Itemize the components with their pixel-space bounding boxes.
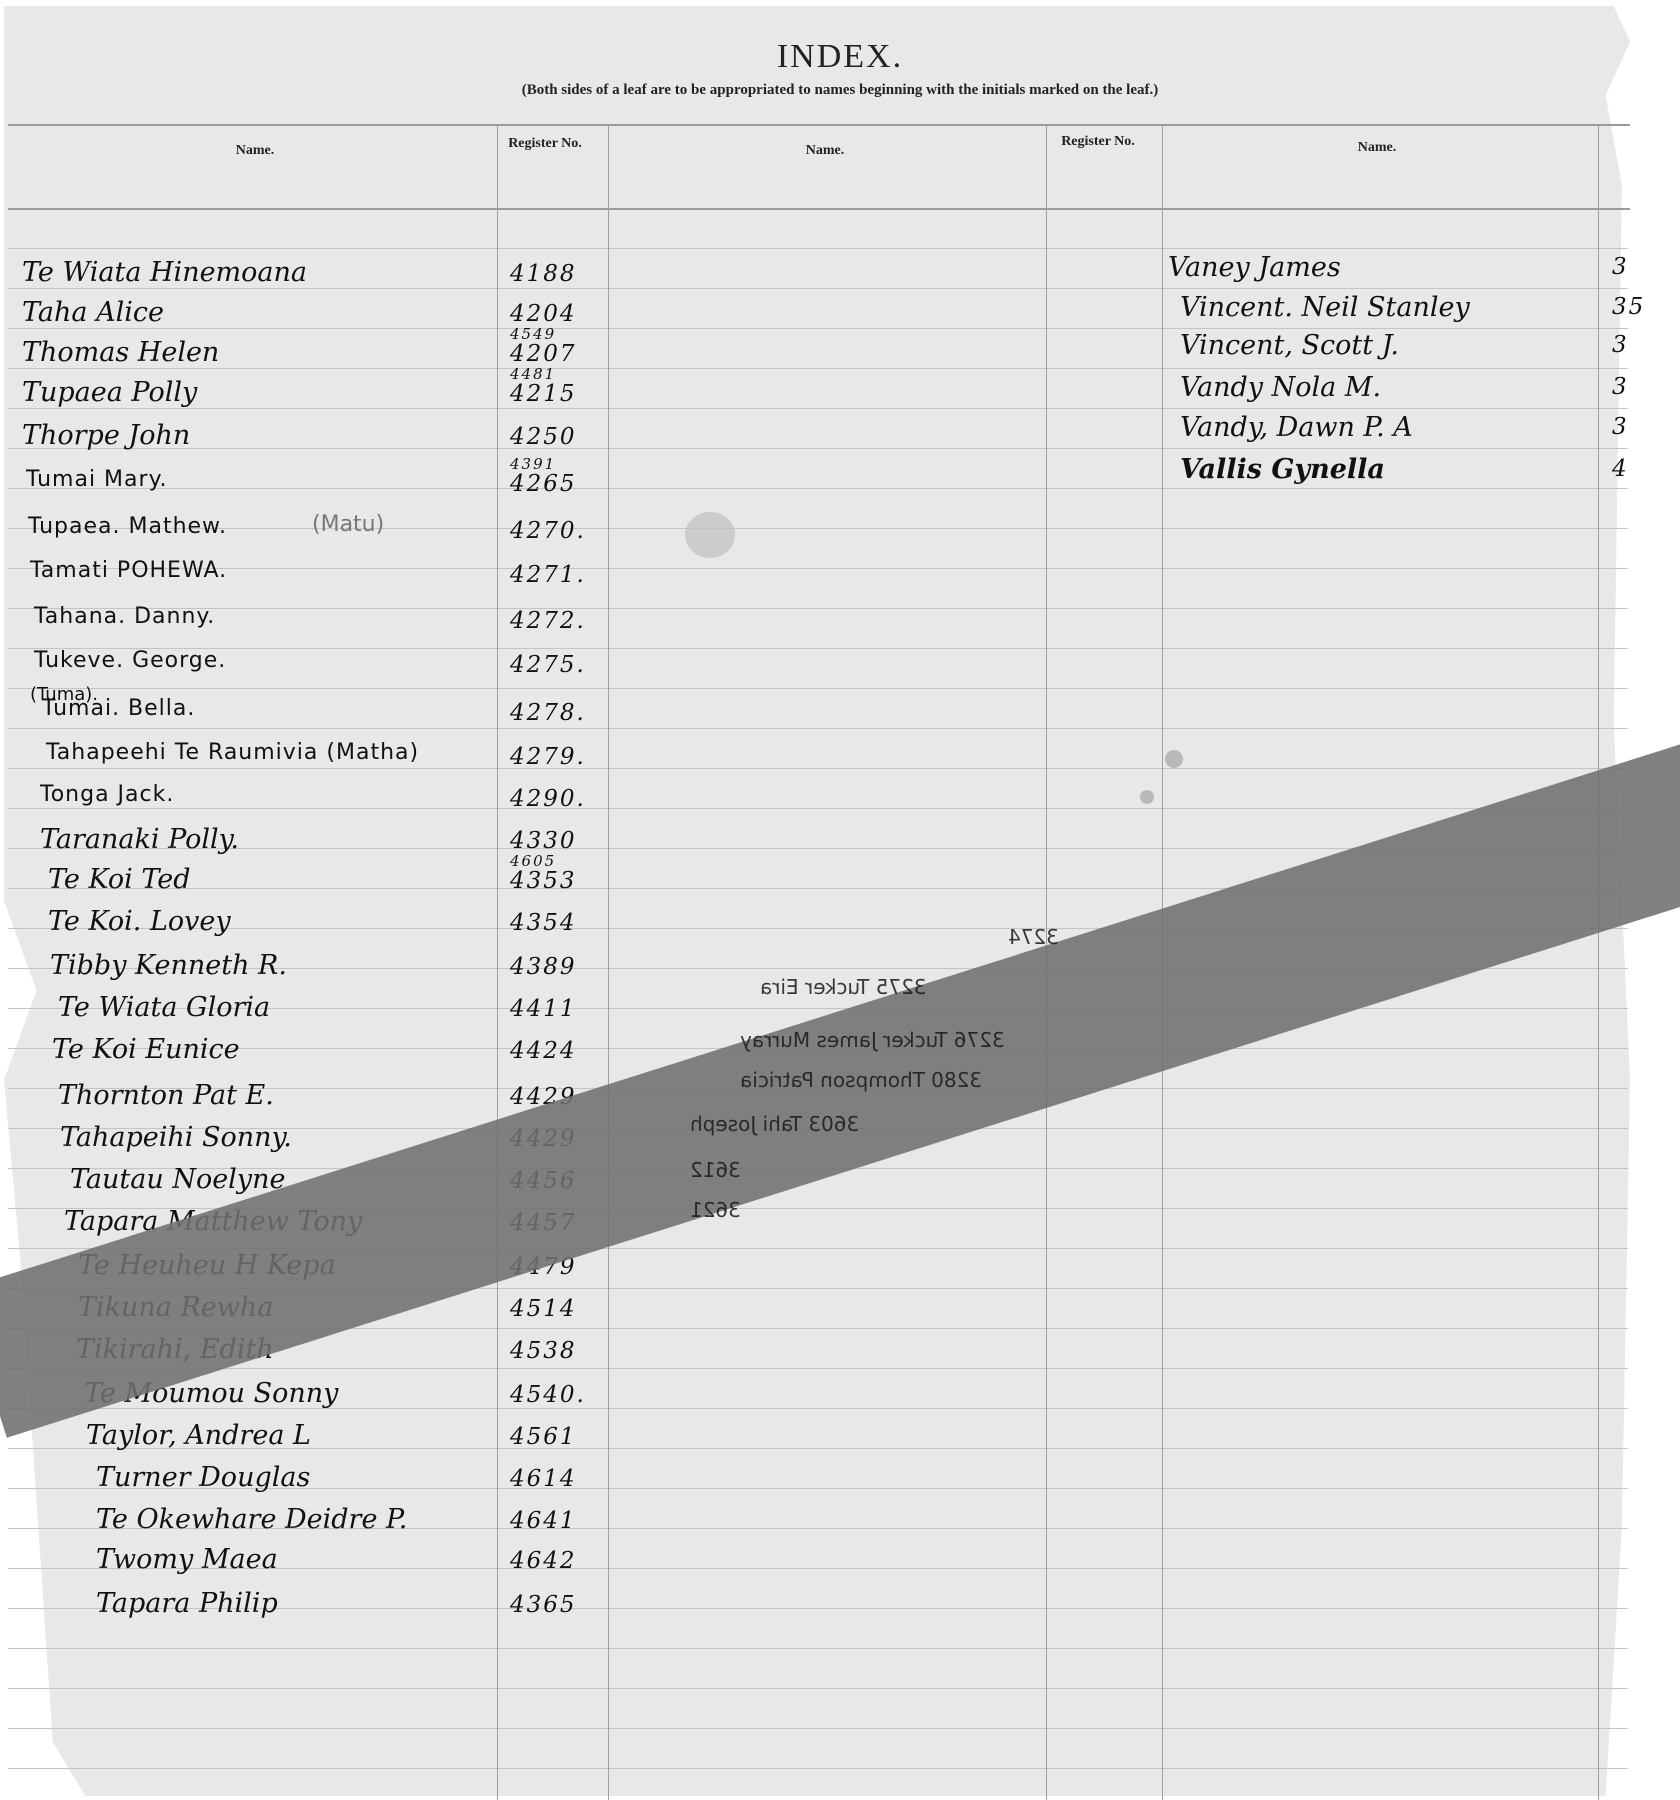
- entry-name: Turner Douglas: [96, 1462, 310, 1493]
- entry-name: Vaney James: [1168, 252, 1341, 283]
- ruled-line: [8, 1368, 1628, 1369]
- entry-register-number: 43914265: [510, 457, 577, 497]
- ruled-line: [8, 528, 1628, 529]
- ruled-line: [8, 808, 1628, 809]
- entry-name: Tikuna Rewha: [78, 1292, 273, 1323]
- entry-register-number: 4538: [510, 1338, 577, 1364]
- entry-register-number: 4270.: [510, 518, 586, 544]
- entry-register-number: 4424: [510, 1038, 577, 1064]
- entry-register-number: 4456: [510, 1168, 577, 1194]
- entry-name: Tikirahi, Edith: [76, 1334, 274, 1365]
- entry-register-number: 4275.: [510, 652, 586, 678]
- entry-register-number: 4290.: [510, 786, 586, 812]
- entry-name: Thorpe John: [22, 420, 190, 451]
- entry-name: Twomy Maea: [96, 1544, 278, 1575]
- entry-register-number: 4279.: [510, 744, 586, 770]
- entry-register-number: 4411: [510, 996, 577, 1022]
- ruled-line: [8, 928, 1628, 929]
- stain: [1140, 790, 1154, 804]
- entry-register-number: 4561: [510, 1424, 577, 1450]
- entry-annotation: (Matu): [312, 512, 384, 537]
- entry-name: Tupaea Polly: [22, 377, 197, 408]
- entry-name: Tautau Noelyne: [70, 1164, 285, 1195]
- entry-name: Te Heuheu H Kepa: [78, 1250, 336, 1281]
- mirrored-text: 3603 Tahi Joseph: [690, 1112, 859, 1136]
- entry-register-number: 4614: [510, 1466, 577, 1492]
- column-header-register-2: Register No.: [1056, 134, 1140, 149]
- ruled-line: [8, 288, 1628, 289]
- entry-name: Te Wiata Gloria: [58, 992, 270, 1023]
- entry-register-number: 45494207: [510, 327, 577, 367]
- entry-register-number: 4354: [510, 910, 577, 936]
- ruled-line: [8, 488, 1628, 489]
- ruled-line: [8, 848, 1628, 849]
- entry-name: Te Koi Ted: [48, 864, 191, 895]
- entry-register-number: 4272.: [510, 608, 586, 634]
- entry-register-number: 35: [1612, 294, 1645, 320]
- column-header-register-1: Register No.: [503, 136, 587, 151]
- page-title: INDEX.: [0, 38, 1680, 76]
- ruled-line: [8, 408, 1628, 409]
- header-top-rule: [8, 124, 1630, 126]
- ruled-line: [8, 1728, 1628, 1729]
- entry-register-number: 4204: [510, 301, 577, 327]
- entry-name: Te Koi. Lovey: [48, 906, 231, 937]
- mirrored-text: 3275 Tucker Eira: [760, 975, 927, 999]
- entry-name: Thornton Pat E.: [58, 1080, 274, 1111]
- mirrored-text: 3280 Thompson Patricia: [740, 1068, 982, 1092]
- alt-register-number: 4481: [510, 367, 577, 381]
- ruled-line: [8, 888, 1628, 889]
- entry-name: Tapara Matthew Tony: [64, 1206, 362, 1237]
- entry-register-number: 4642: [510, 1548, 577, 1574]
- entry-register-number: 4250: [510, 424, 577, 450]
- column-divider: [497, 124, 498, 1800]
- entry-name: Thomas Helen: [22, 337, 219, 368]
- column-divider: [1598, 124, 1599, 1800]
- entry-name: Tahapeehi Te Raumivia (Matha): [46, 740, 419, 765]
- ruled-line: [8, 1648, 1628, 1649]
- entry-name: Te Wiata Hinemoana: [22, 257, 307, 288]
- ruled-line: [8, 1768, 1628, 1769]
- mirrored-text: 3612: [690, 1158, 741, 1182]
- entry-register-number: 3: [1612, 414, 1629, 440]
- entry-name: Tonga Jack.: [40, 782, 174, 807]
- ruled-line: [8, 608, 1628, 609]
- entry-register-number: 4271.: [510, 562, 586, 588]
- column-header-name-3: Name.: [1272, 140, 1482, 155]
- ruled-line: [8, 568, 1628, 569]
- entry-name: Tibby Kenneth R.: [50, 950, 287, 981]
- entry-name: Tumai Mary.: [26, 467, 167, 492]
- ruled-line: [8, 1688, 1628, 1689]
- entry-name: Tukeve. George.: [34, 648, 226, 673]
- ruled-line: [8, 1248, 1628, 1249]
- page-subtitle: (Both sides of a leaf are to be appropri…: [0, 82, 1680, 99]
- entry-register-number: 4514: [510, 1296, 577, 1322]
- ruled-line: [8, 728, 1628, 729]
- entry-register-number: 4479: [510, 1254, 577, 1280]
- ruled-line: [8, 448, 1628, 449]
- entry-annotation: (Tuma).: [30, 684, 98, 705]
- entry-register-number: 4330: [510, 828, 577, 854]
- entry-register-number: 4641: [510, 1508, 577, 1534]
- column-divider: [608, 124, 609, 1800]
- entry-name: Vandy, Dawn P. A: [1180, 412, 1413, 443]
- stain: [685, 512, 735, 558]
- entry-register-number: 4188: [510, 261, 577, 287]
- column-header-name-2: Name.: [720, 143, 930, 158]
- entry-name: Te Moumou Sonny: [84, 1378, 338, 1409]
- ruled-line: [8, 648, 1628, 649]
- header-bottom-rule: [8, 208, 1630, 210]
- entry-register-number: 3: [1612, 332, 1629, 358]
- entry-name: Vallis Gynella: [1180, 454, 1385, 485]
- entry-name: Taylor, Andrea L: [86, 1420, 311, 1451]
- alt-register-number: 4391: [510, 457, 577, 471]
- entry-register-number: 3: [1612, 374, 1629, 400]
- ruled-line: [8, 368, 1628, 369]
- ruled-line: [8, 688, 1628, 689]
- entry-register-number: 4: [1612, 456, 1629, 482]
- entry-name: Tahapeihi Sonny.: [60, 1122, 292, 1153]
- mirrored-text: 3274: [1008, 925, 1059, 949]
- entry-register-number: 4457: [510, 1210, 577, 1236]
- alt-register-number: 4605: [510, 854, 577, 868]
- entry-register-number: 4389: [510, 954, 577, 980]
- entry-name: Vandy Nola M.: [1180, 372, 1381, 403]
- stain: [1165, 750, 1183, 768]
- column-divider: [1162, 124, 1163, 1800]
- ruled-line: [8, 1328, 1628, 1329]
- ruled-line: [8, 1288, 1628, 1289]
- mirrored-text: 3621: [690, 1198, 741, 1222]
- alt-register-number: 4549: [510, 327, 577, 341]
- entry-name: Tupaea. Mathew.: [28, 514, 227, 539]
- entry-name: Tahana. Danny.: [34, 604, 215, 629]
- entry-name: Taha Alice: [22, 297, 164, 328]
- entry-name: Taranaki Polly.: [40, 824, 239, 855]
- entry-register-number: 4278.: [510, 700, 586, 726]
- entry-register-number: 3: [1612, 254, 1629, 280]
- entry-register-number: 4429: [510, 1126, 577, 1152]
- column-divider: [1046, 124, 1047, 1800]
- ruled-line: [8, 768, 1628, 769]
- entry-register-number: 44814215: [510, 367, 577, 407]
- ruled-line: [8, 328, 1628, 329]
- entry-name: Te Koi Eunice: [52, 1034, 240, 1065]
- entry-name: Tapara Philip: [96, 1588, 278, 1619]
- entry-name: Te Okewhare Deidre P.: [96, 1504, 407, 1535]
- entry-name: Vincent, Scott J.: [1180, 330, 1399, 361]
- entry-register-number: 4540.: [510, 1382, 586, 1408]
- entry-name: Tamati POHEWA.: [30, 558, 227, 583]
- column-header-name-1: Name.: [150, 143, 360, 158]
- mirrored-text: 3276 Tucker James Murray: [740, 1028, 1005, 1052]
- entry-register-number: 4429: [510, 1084, 577, 1110]
- ruled-line: [8, 248, 1628, 249]
- entry-register-number: 46054353: [510, 854, 577, 894]
- entry-name: Vincent. Neil Stanley: [1180, 292, 1470, 323]
- entry-register-number: 4365: [510, 1592, 577, 1618]
